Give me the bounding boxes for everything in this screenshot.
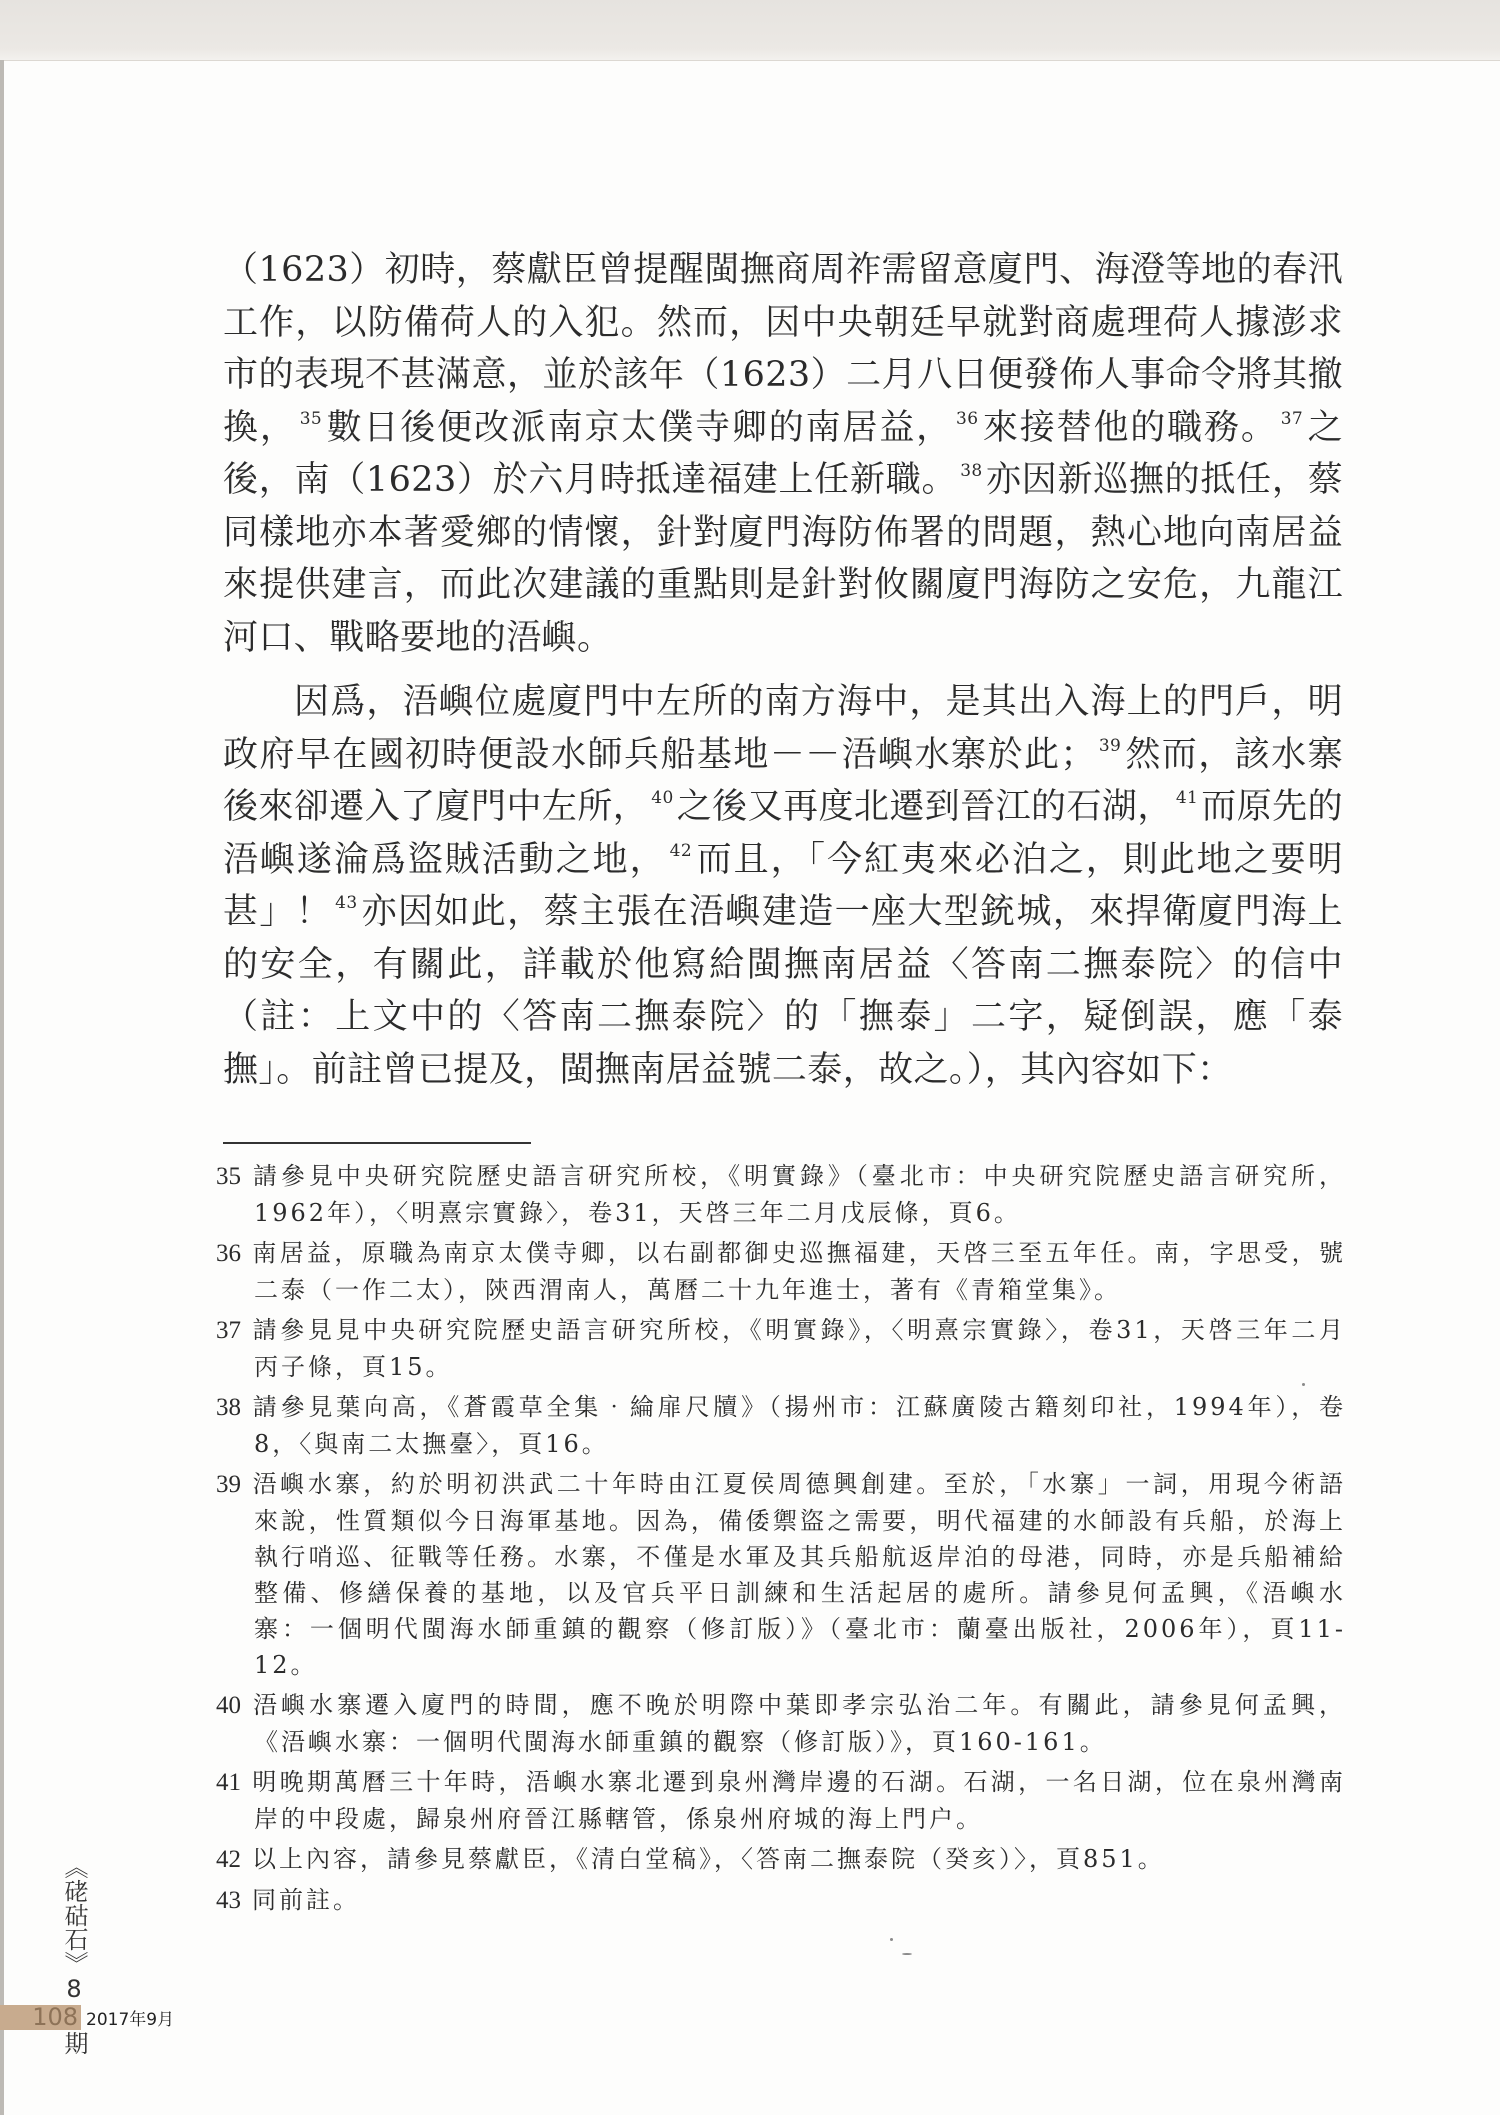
footnote-37: 37請參見見中央研究院歷史語言研究所校，《明實錄》，〈明熹宗實錄〉，卷31，天啓… [216,1312,1346,1385]
footnote-text: 以上內容，請參見蔡獻臣，《清白堂稿》，〈答南二撫泰院（癸亥）〉，頁851。 [252,1845,1165,1873]
footnote-42: 42以上內容，請參見蔡獻臣，《清白堂稿》，〈答南二撫泰院（癸亥）〉，頁851。 [216,1841,1346,1878]
footnote-40: 40浯嶼水寨遷入廈門的時間，應不晚於明際中葉即孝宗弘治二年。有關此，請參見何孟興… [216,1687,1346,1760]
footnote-text: 同前註。 [252,1886,360,1914]
footnote-ref-42[interactable]: 42 [670,841,692,861]
footnote-number: 39 [216,1467,252,1503]
footnote-text: 請參見葉向高，《蒼霞草全集‧綸扉尺牘》（揚州市：江蘇廣陵古籍刻印社，1994年）… [252,1393,1346,1458]
footnote-ref-41[interactable]: 41 [1176,788,1198,808]
footnote-39: 39浯嶼水寨，約於明初洪武二十年時由江夏侯周德興創建。至於，「水寨」一詞，用現今… [216,1466,1346,1683]
scan-left-edge [0,60,4,2115]
footnote-text: 浯嶼水寨，約於明初洪武二十年時由江夏侯周德興創建。至於，「水寨」一詞，用現今術語… [252,1470,1346,1679]
footnote-text: 明晚期萬曆三十年時，浯嶼水寨北遷到泉州灣岸邊的石湖。石湖，一名日湖，位在泉州灣南… [252,1768,1346,1833]
scan-speck [902,1953,912,1955]
footnote-text: 請參見見中央研究院歷史語言研究所校，《明實錄》，〈明熹宗實錄〉，卷31，天啓三年… [252,1316,1346,1381]
footnote-ref-40[interactable]: 40 [651,788,673,808]
footnote-35: 35請參見中央研究院歷史語言研究所校，《明實錄》（臺北市：中央研究院歷史語言研究… [216,1158,1346,1231]
footnote-ref-36[interactable]: 36 [956,409,978,429]
footnote-38: 38請參見葉向高，《蒼霞草全集‧綸扉尺牘》（揚州市：江蘇廣陵古籍刻印社，1994… [216,1389,1346,1462]
footnotes-section: 35請參見中央研究院歷史語言研究所校，《明實錄》（臺北市：中央研究院歷史語言研究… [216,1158,1346,1923]
footnote-text: 請參見中央研究院歷史語言研究所校，《明實錄》（臺北市：中央研究院歷史語言研究所，… [252,1162,1346,1227]
page-number: 108 [32,2003,78,2031]
footnote-number: 37 [216,1313,252,1349]
footnote-number: 40 [216,1688,252,1724]
text-segment: 亦因如此，蔡主張在浯嶼建造一座大型銃城，來捍衛廈門海上的安全，有關此，詳載於他寫… [223,892,1343,1090]
footnote-36: 36南居益，原職為南京太僕寺卿，以右副都御史巡撫福建，天啓三至五年任。南，字思受… [216,1235,1346,1308]
footnote-number: 38 [216,1390,252,1426]
scan-speck [1302,1383,1305,1386]
footnote-ref-38[interactable]: 38 [960,461,982,481]
footnote-number: 36 [216,1236,252,1272]
scan-speck [890,1938,893,1941]
footnote-41: 41明晚期萬曆三十年時，浯嶼水寨北遷到泉州灣岸邊的石湖。石湖，一名日湖，位在泉州… [216,1764,1346,1837]
footnote-number: 35 [216,1159,252,1195]
footnote-number: 42 [216,1842,252,1878]
issue-date: 2017年9月 [86,2005,174,2030]
footnote-text: 浯嶼水寨遷入廈門的時間，應不晚於明際中葉即孝宗弘治二年。有關此，請參見何孟興，《… [252,1691,1346,1756]
footnote-43: 43同前註。 [216,1882,1346,1919]
paragraph-1: （1623）初時，蔡獻臣曾提醒閩撫商周祚需留意廈門、海澄等地的春汛工作，以防備荷… [223,244,1343,664]
paragraph-2: 因爲，浯嶼位處廈門中左所的南方海中，是其出入海上的門戶，明政府早在國初時便設水師… [223,676,1343,1096]
footnote-ref-39[interactable]: 39 [1099,736,1121,756]
footnote-text: 南居益，原職為南京太僕寺卿，以右副都御史巡撫福建，天啓三至五年任。南，字思受，號… [252,1239,1346,1304]
text-segment: 之後又再度北遷到晉江的石湖， [677,787,1173,827]
footnote-ref-35[interactable]: 35 [300,409,322,429]
page-number-box: 108 [0,2005,81,2030]
footnote-separator [223,1142,531,1144]
footnote-ref-37[interactable]: 37 [1281,409,1303,429]
main-body-text: （1623）初時，蔡獻臣曾提醒閩撫商周祚需留意廈門、海澄等地的春汛工作，以防備荷… [223,244,1343,1096]
footnote-number: 43 [216,1883,252,1919]
text-segment: 來接替他的職務。 [981,408,1277,448]
footnote-ref-43[interactable]: 43 [335,893,357,913]
text-segment: 數日後便改派南京太僕寺卿的南居益， [325,408,953,448]
scan-top-shadow [0,0,1500,61]
footnote-number: 41 [216,1765,252,1801]
